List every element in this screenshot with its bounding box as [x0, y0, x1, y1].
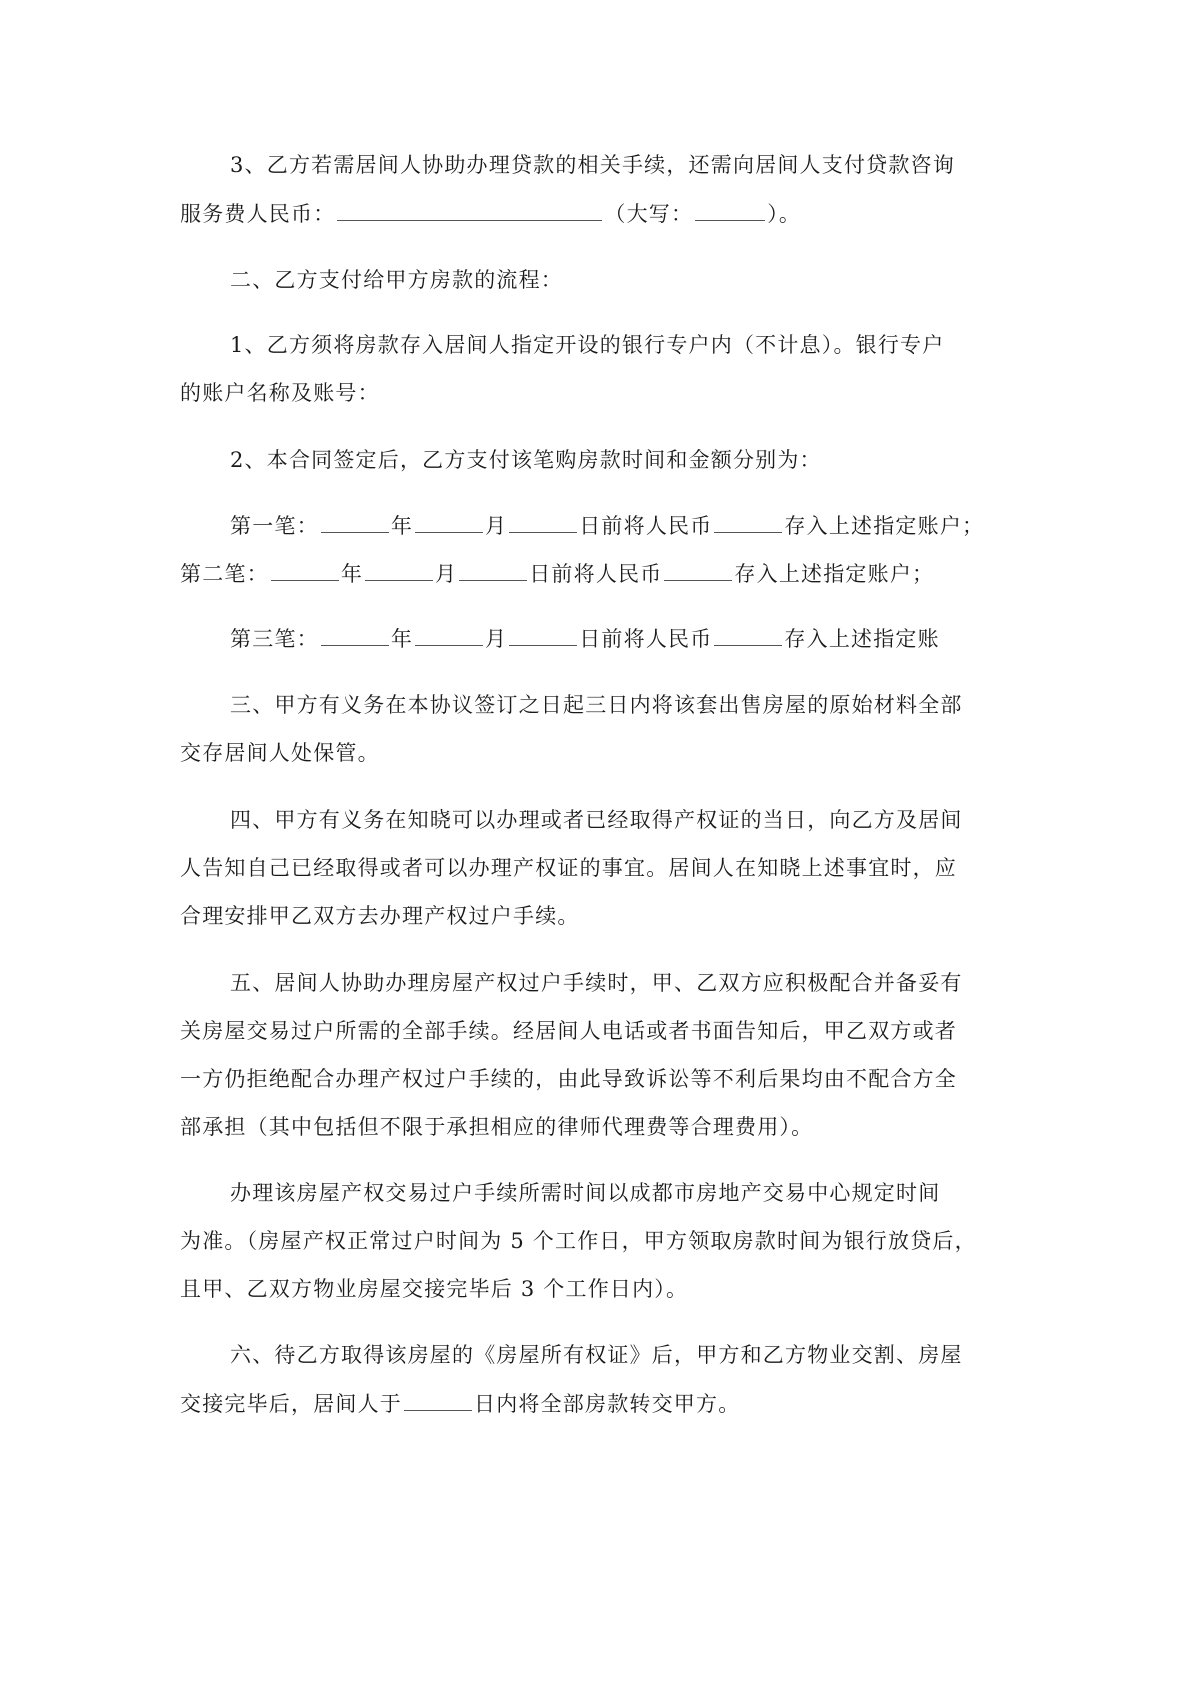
section-4-line-3: 合理安排甲乙双方去办理产权过户手续。 [180, 901, 1020, 931]
day-text: 日前将人民币 [579, 627, 712, 651]
section-5-line-3: 一方仍拒绝配合办理产权过户手续的，由此导致诉讼等不利后果均由不配合方全 [180, 1064, 1020, 1094]
month-blank[interactable] [415, 623, 483, 646]
section-4-line-1: 四、甲方有义务在知晓可以办理或者已经取得产权证的当日，向乙方及居间 [230, 805, 1070, 835]
section-3-line-1: 三、甲方有义务在本协议签订之日起三日内将该套出售房屋的原始材料全部 [230, 690, 1070, 720]
transfer-time-line-1: 办理该房屋产权交易过户手续所需时间以成都市房地产交易中心规定时间 [230, 1178, 1070, 1208]
capital-label: （大写： [604, 202, 693, 226]
transfer-time-line-3: 且甲、乙双方物业房屋交接完毕后 3 个工作日内）。 [180, 1274, 1020, 1304]
payment-label: 第三笔： [230, 627, 319, 651]
month-blank[interactable] [365, 558, 433, 581]
amount-blank[interactable] [714, 623, 782, 646]
section-4-line-2: 人告知自己已经取得或者可以办理产权证的事宜。居间人在知晓上述事宜时，应 [180, 853, 1020, 883]
year-blank[interactable] [271, 558, 339, 581]
year-label: 年 [341, 562, 363, 586]
day-blank[interactable] [509, 623, 577, 646]
amount-blank[interactable] [714, 510, 782, 533]
section-3-line-2: 交存居间人处保管。 [180, 738, 1020, 768]
section-5-line-1: 五、居间人协助办理房屋产权过户手续时，甲、乙双方应积极配合并备妥有 [230, 968, 1070, 998]
section-5-line-4: 部承担（其中包括但不限于承担相应的律师代理费等合理费用）。 [180, 1112, 1020, 1142]
handover-text: 交接完毕后，居间人于 [180, 1392, 402, 1416]
day-text: 日前将人民币 [579, 514, 712, 538]
transfer-time-line-2: 为准。（房屋产权正常过户时间为 5 个工作日，甲方领取房款时间为银行放贷后， [180, 1226, 1020, 1256]
paragraph-loan-fee-line-1: 3、乙方若需居间人协助办理贷款的相关手续，还需向居间人支付贷款咨询 [230, 150, 1070, 180]
paragraph-payment-schedule: 2、本合同签定后，乙方支付该笔购房款时间和金额分别为： [230, 445, 1070, 475]
transfer-text: 日内将全部房款转交甲方。 [474, 1392, 740, 1416]
year-blank[interactable] [321, 510, 389, 533]
payment-label: 第二笔： [180, 562, 269, 586]
day-text: 日前将人民币 [529, 562, 662, 586]
year-label: 年 [391, 627, 413, 651]
tail-text: 存入上述指定账户； [734, 562, 934, 586]
paragraph-bank-account-line-1: 1、乙方须将房款存入居间人指定开设的银行专户内（不计息）。银行专户 [230, 330, 1070, 360]
section-5-line-2: 关房屋交易过户所需的全部手续。经居间人电话或者书面告知后，甲乙双方或者 [180, 1016, 1020, 1046]
amount-blank[interactable] [664, 558, 732, 581]
payment-row-3: 第三笔：年月日前将人民币存入上述指定账 [230, 623, 1070, 654]
month-label: 月 [435, 562, 457, 586]
payment-row-2: 第二笔：年月日前将人民币存入上述指定账户； [180, 558, 1020, 589]
loan-fee-label: 服务费人民币： [180, 202, 335, 226]
section-6-line-1: 六、待乙方取得该房屋的《房屋所有权证》后，甲方和乙方物业交割、房屋 [230, 1340, 1070, 1370]
month-blank[interactable] [415, 510, 483, 533]
month-label: 月 [485, 627, 507, 651]
paragraph-loan-fee-line-2: 服务费人民币：（大写：）。 [180, 198, 1020, 229]
loan-fee-capital-blank[interactable] [695, 198, 765, 221]
document-page: 3、乙方若需居间人协助办理贷款的相关手续，还需向居间人支付贷款咨询 服务费人民币… [0, 0, 1191, 1684]
days-blank[interactable] [404, 1388, 472, 1411]
month-label: 月 [485, 514, 507, 538]
loan-fee-amount-blank[interactable] [337, 198, 602, 221]
closing-text: ）。 [767, 202, 801, 226]
year-blank[interactable] [321, 623, 389, 646]
section-heading-payment-process: 二、乙方支付给甲方房款的流程： [230, 265, 1070, 295]
tail-text: 存入上述指定账 [784, 627, 939, 651]
tail-text: 存入上述指定账户； [784, 514, 984, 538]
payment-label: 第一笔： [230, 514, 319, 538]
paragraph-bank-account-line-2: 的账户名称及账号： [180, 378, 1020, 408]
section-6-line-2: 交接完毕后，居间人于日内将全部房款转交甲方。 [180, 1388, 1020, 1419]
payment-row-1: 第一笔：年月日前将人民币存入上述指定账户； [230, 510, 1070, 541]
day-blank[interactable] [459, 558, 527, 581]
day-blank[interactable] [509, 510, 577, 533]
year-label: 年 [391, 514, 413, 538]
